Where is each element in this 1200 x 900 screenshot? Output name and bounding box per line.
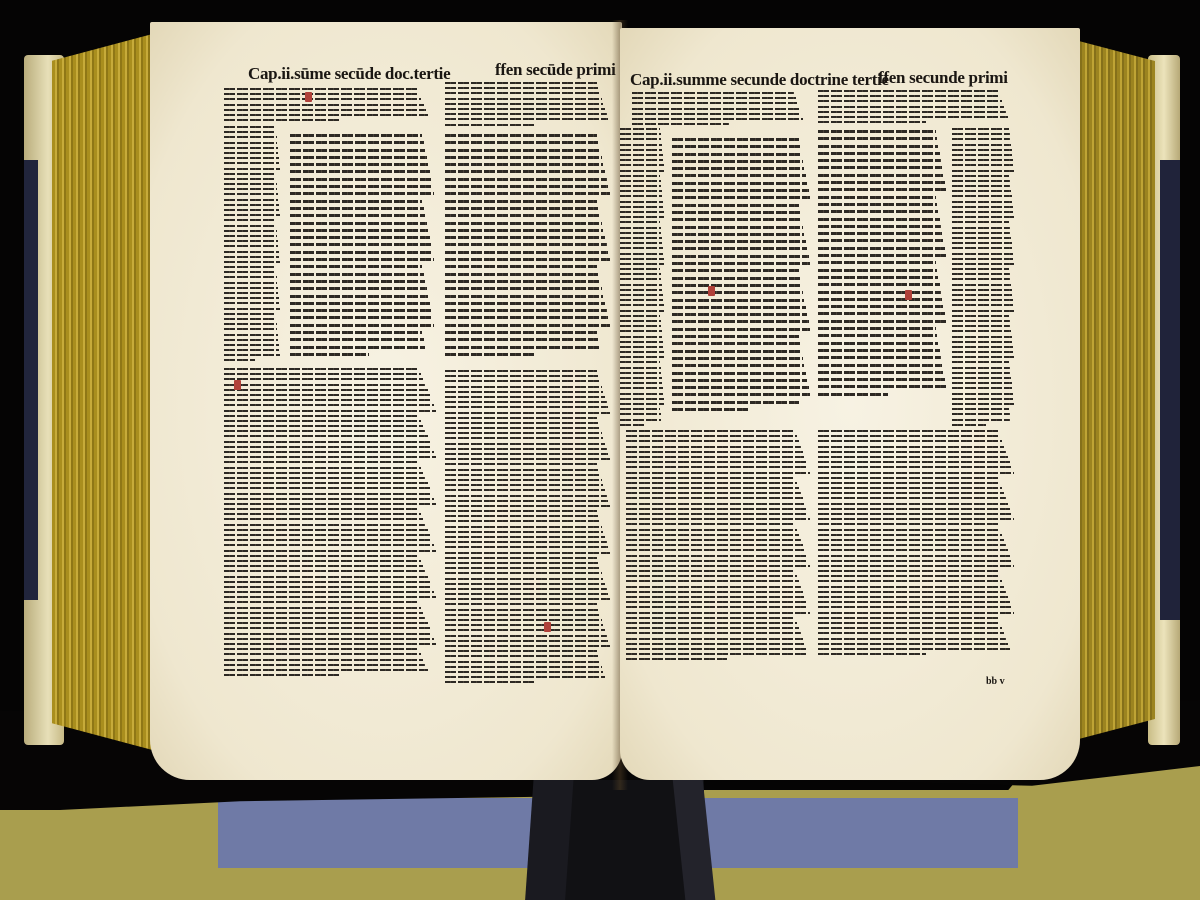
text-line <box>818 596 1008 598</box>
text-line <box>620 278 661 280</box>
text-line <box>620 216 664 218</box>
text-line <box>952 247 1012 249</box>
text-line <box>224 664 425 666</box>
text-line <box>626 435 797 437</box>
text-line <box>224 104 424 106</box>
text-line <box>818 430 998 432</box>
text-line <box>952 164 1013 166</box>
text-line <box>620 341 663 343</box>
text-line <box>445 453 608 455</box>
text-line <box>952 325 1010 327</box>
text-line <box>224 404 434 406</box>
text-line <box>224 271 276 273</box>
text-line <box>224 354 280 356</box>
text-line <box>952 149 1012 151</box>
text-line <box>445 214 600 217</box>
text-line <box>818 456 1008 458</box>
text-line <box>445 295 603 298</box>
text-line <box>620 377 662 379</box>
text-line <box>952 133 1010 135</box>
text-line <box>626 565 810 567</box>
text-line <box>632 108 799 110</box>
text-line <box>224 498 434 500</box>
text-line <box>818 648 1010 650</box>
text-line <box>620 221 660 223</box>
text-line <box>672 226 803 229</box>
text-line <box>818 174 943 177</box>
text-line <box>818 320 946 323</box>
text-line <box>224 622 428 624</box>
text-line <box>445 331 597 334</box>
text-line <box>445 510 597 512</box>
text-line <box>952 377 1011 379</box>
text-line <box>818 544 1006 546</box>
text-line <box>818 466 1012 468</box>
text-line <box>672 262 810 265</box>
text-line <box>626 472 810 474</box>
text-line <box>952 268 1009 270</box>
text-line <box>818 196 936 199</box>
text-line <box>818 518 1014 520</box>
text-line <box>952 341 1012 343</box>
text-line <box>952 170 1014 172</box>
text-line <box>620 289 662 291</box>
text-line <box>620 211 664 213</box>
text-line <box>290 295 428 298</box>
text-line <box>626 653 808 655</box>
text-line <box>224 482 428 484</box>
text-line <box>224 245 278 247</box>
left-page-running-head-right: ffen secūde primi <box>495 60 616 80</box>
text-line <box>224 591 434 593</box>
text-line <box>952 372 1010 374</box>
text-line <box>445 458 610 460</box>
text-line <box>445 82 597 84</box>
text-line <box>952 159 1013 161</box>
text-line <box>626 570 795 572</box>
left-page-running-head-left: Cap.ii.sūme secūde doc.tertie <box>248 64 450 84</box>
text-line <box>445 645 610 647</box>
text-line <box>290 222 427 225</box>
text-line <box>818 612 1014 614</box>
text-line <box>445 495 607 497</box>
text-line <box>445 469 598 471</box>
text-line <box>224 328 277 330</box>
text-line <box>626 549 804 551</box>
text-line <box>224 612 423 614</box>
text-line <box>632 97 796 99</box>
left-page-column-2-lower <box>445 370 610 686</box>
text-line <box>445 479 602 481</box>
text-line <box>445 380 600 382</box>
text-line <box>445 280 600 283</box>
text-line <box>290 265 422 268</box>
text-line <box>445 353 536 356</box>
text-line <box>626 461 806 463</box>
text-line <box>445 163 603 166</box>
text-line <box>626 534 799 536</box>
text-line <box>818 276 938 279</box>
text-line <box>620 170 664 172</box>
text-line <box>445 432 602 434</box>
text-line <box>224 109 426 111</box>
text-line <box>626 482 797 484</box>
gilded-page-edge-left <box>52 32 160 752</box>
text-line <box>620 237 662 239</box>
text-line <box>952 330 1011 332</box>
text-line <box>818 461 1010 463</box>
text-line <box>224 513 421 515</box>
left-page-column-1 <box>290 134 434 360</box>
text-line <box>952 221 1009 223</box>
text-line <box>952 351 1013 353</box>
text-line <box>818 106 1004 108</box>
text-line <box>672 167 804 170</box>
right-page-running-head-left: Cap.ii.summe secunde doctrine tertie <box>630 70 889 90</box>
text-line <box>445 302 605 305</box>
text-line <box>224 152 278 154</box>
text-line <box>445 287 602 290</box>
text-line <box>818 513 1012 515</box>
text-line <box>818 591 1006 593</box>
text-line <box>445 614 600 616</box>
text-line <box>672 386 809 389</box>
text-line <box>952 206 1013 208</box>
text-line <box>224 173 276 175</box>
text-line <box>626 477 795 479</box>
text-line <box>952 144 1011 146</box>
text-line <box>224 178 276 180</box>
text-line <box>818 95 1000 97</box>
text-line <box>224 235 277 237</box>
text-line <box>445 141 598 144</box>
text-line <box>952 128 1009 130</box>
text-line <box>445 375 598 377</box>
text-line <box>626 560 808 562</box>
text-line <box>224 508 419 510</box>
text-line <box>818 371 943 374</box>
text-line <box>632 113 801 115</box>
text-line <box>818 492 1004 494</box>
text-line <box>290 200 422 203</box>
text-line <box>620 413 661 415</box>
text-line <box>952 356 1014 358</box>
text-line <box>620 154 663 156</box>
text-line <box>290 331 422 334</box>
text-line <box>626 508 806 510</box>
text-line <box>224 297 279 299</box>
text-line <box>290 302 430 305</box>
text-line <box>626 617 795 619</box>
text-line <box>818 606 1012 608</box>
rubricated-initial <box>305 92 312 102</box>
text-line <box>818 239 943 242</box>
text-line <box>620 144 662 146</box>
text-line <box>224 544 434 546</box>
text-line <box>224 529 428 531</box>
text-line <box>290 287 427 290</box>
text-line <box>952 320 1010 322</box>
text-line <box>818 121 926 123</box>
text-line <box>818 653 926 655</box>
text-line <box>620 195 662 197</box>
text-line <box>818 643 1008 645</box>
text-line <box>445 557 597 559</box>
text-line <box>672 218 802 221</box>
text-line <box>445 207 598 210</box>
gilded-page-edge-right <box>1075 40 1155 740</box>
text-line <box>818 477 998 479</box>
text-line <box>290 141 424 144</box>
text-line <box>445 316 608 319</box>
text-line <box>952 408 1009 410</box>
text-line <box>290 192 434 195</box>
text-line <box>290 280 425 283</box>
text-line <box>445 412 610 414</box>
text-line <box>224 114 428 116</box>
text-line <box>952 232 1010 234</box>
text-line <box>632 123 729 125</box>
text-line <box>224 472 423 474</box>
text-line <box>672 240 806 243</box>
text-line <box>224 225 276 227</box>
text-line <box>290 178 431 181</box>
text-line <box>224 487 430 489</box>
left-page-gloss-column <box>224 126 280 365</box>
text-line <box>290 163 428 166</box>
text-line <box>224 359 255 361</box>
text-line <box>620 372 661 374</box>
text-line <box>445 236 605 239</box>
text-line <box>224 410 436 412</box>
text-line <box>620 294 663 296</box>
text-line <box>290 185 433 188</box>
rubricated-initial <box>234 380 241 390</box>
text-line <box>672 408 748 411</box>
text-line <box>445 536 605 538</box>
text-line <box>672 247 807 250</box>
text-line <box>224 425 423 427</box>
text-line <box>952 299 1013 301</box>
text-line <box>445 505 610 507</box>
text-line <box>290 214 425 217</box>
text-line <box>620 367 661 369</box>
text-line <box>952 195 1012 197</box>
text-line <box>818 210 938 213</box>
text-line <box>672 299 804 302</box>
text-line <box>445 427 600 429</box>
text-line <box>818 312 945 315</box>
text-line <box>290 316 433 319</box>
text-line <box>672 372 806 375</box>
text-line <box>620 206 663 208</box>
text-line <box>224 384 425 386</box>
text-line <box>818 539 1004 541</box>
text-line <box>952 413 1010 415</box>
text-line <box>224 627 430 629</box>
text-line <box>632 102 797 104</box>
text-line <box>818 130 936 133</box>
text-line <box>224 261 280 263</box>
right-page-column-2-top <box>818 90 1014 126</box>
text-line <box>445 391 603 393</box>
text-line <box>626 503 804 505</box>
text-line <box>626 544 803 546</box>
text-line <box>445 448 607 450</box>
text-line <box>620 247 663 249</box>
right-page-column-1-lower <box>626 430 810 663</box>
text-line <box>620 242 662 244</box>
text-line <box>224 638 434 640</box>
text-line <box>626 648 806 650</box>
text-line <box>672 138 799 141</box>
text-line <box>290 309 431 312</box>
text-line <box>952 424 986 426</box>
text-line <box>224 451 434 453</box>
text-line <box>224 136 277 138</box>
text-line <box>224 493 432 495</box>
text-line <box>445 640 608 642</box>
text-line <box>445 593 608 595</box>
text-line <box>224 534 430 536</box>
text-line <box>620 408 660 410</box>
text-line <box>672 313 807 316</box>
text-line <box>818 203 937 206</box>
text-line <box>290 251 433 254</box>
text-line <box>224 659 423 661</box>
text-line <box>224 344 279 346</box>
text-line <box>818 627 1002 629</box>
text-line <box>952 185 1010 187</box>
text-line <box>620 128 660 130</box>
text-line <box>952 304 1013 306</box>
text-line <box>445 92 600 94</box>
text-line <box>224 93 419 95</box>
text-line <box>620 263 664 265</box>
text-line <box>626 513 808 515</box>
text-line <box>224 368 419 370</box>
text-line <box>626 627 799 629</box>
text-line <box>952 242 1012 244</box>
text-line <box>224 266 276 268</box>
text-line <box>818 575 1000 577</box>
right-page: Cap.ii.summe secunde doctrine tertie ffe… <box>620 28 1080 780</box>
text-line <box>626 523 795 525</box>
text-line <box>445 406 608 408</box>
text-line <box>445 635 607 637</box>
text-line <box>626 446 801 448</box>
text-line <box>224 477 425 479</box>
text-line <box>620 232 661 234</box>
text-line <box>620 387 663 389</box>
text-line <box>818 622 1000 624</box>
text-line <box>224 339 278 341</box>
text-line <box>445 417 597 419</box>
text-line <box>952 190 1011 192</box>
text-line <box>620 393 663 395</box>
text-line <box>224 674 341 676</box>
text-line <box>818 159 941 162</box>
text-line <box>626 575 797 577</box>
text-line <box>445 552 610 554</box>
text-line <box>818 508 1010 510</box>
right-page-column-1-top <box>632 92 808 128</box>
text-line <box>672 335 799 338</box>
text-line <box>224 586 432 588</box>
text-line <box>224 399 432 401</box>
text-line <box>224 147 278 149</box>
text-line <box>445 124 536 126</box>
text-line <box>818 446 1004 448</box>
text-line <box>224 503 436 505</box>
text-line <box>672 153 802 156</box>
cover-binding-left <box>24 160 38 600</box>
text-line <box>290 346 425 349</box>
text-line <box>626 529 797 531</box>
text-line <box>224 653 421 655</box>
text-line <box>818 145 938 148</box>
text-line <box>224 119 340 121</box>
text-line <box>626 658 727 660</box>
text-line <box>626 643 804 645</box>
text-line <box>626 555 806 557</box>
text-line <box>672 401 799 404</box>
text-line <box>626 539 801 541</box>
right-page-column-2-lower <box>818 430 1014 658</box>
text-line <box>818 472 1014 474</box>
text-line <box>445 134 597 137</box>
text-line <box>818 385 946 388</box>
text-line <box>626 487 799 489</box>
text-line <box>818 90 998 92</box>
text-line <box>818 152 940 155</box>
text-line <box>224 162 279 164</box>
text-line <box>445 273 598 276</box>
text-line <box>224 581 430 583</box>
text-line <box>818 378 945 381</box>
text-line <box>818 565 1014 567</box>
text-line <box>445 619 602 621</box>
text-line <box>224 188 277 190</box>
text-line <box>952 284 1011 286</box>
text-line <box>224 157 279 159</box>
text-line <box>620 330 662 332</box>
text-line <box>952 310 1014 312</box>
text-line <box>672 211 800 214</box>
text-line <box>818 497 1006 499</box>
text-line <box>224 633 432 635</box>
text-line <box>445 251 608 254</box>
text-line <box>818 225 941 228</box>
text-line <box>818 188 946 191</box>
text-line <box>224 643 436 645</box>
text-line <box>445 541 607 543</box>
text-line <box>620 382 662 384</box>
text-line <box>620 258 664 260</box>
text-line <box>620 180 661 182</box>
text-line <box>620 133 661 135</box>
text-line <box>224 318 276 320</box>
text-line <box>445 671 603 673</box>
text-line <box>445 484 603 486</box>
text-line <box>445 676 605 678</box>
text-line <box>224 648 419 650</box>
text-line <box>626 497 803 499</box>
text-line <box>818 393 888 396</box>
text-line <box>672 379 807 382</box>
text-line <box>952 393 1013 395</box>
text-line <box>952 289 1012 291</box>
